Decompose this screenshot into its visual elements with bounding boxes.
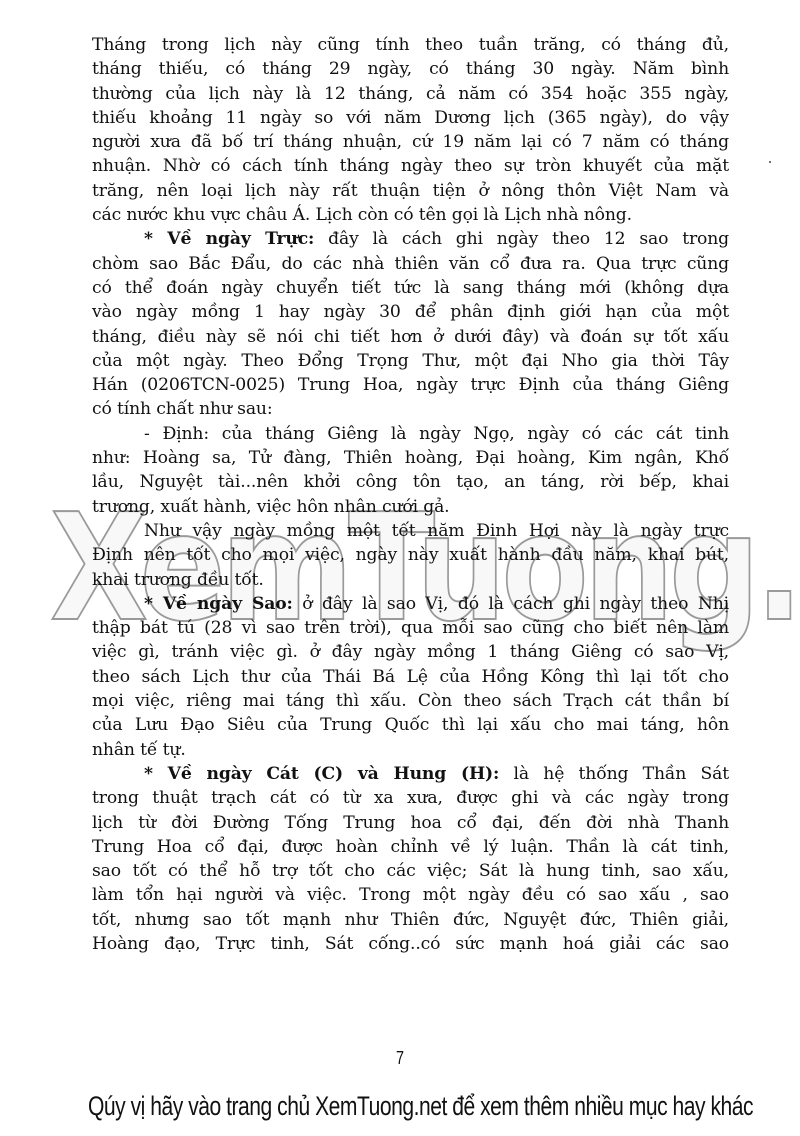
document-body: Tháng trong lịch này cũng tính theo tuần… <box>92 33 729 956</box>
text-fragment: là hệ thống Thần Sát <box>499 764 729 784</box>
text-line: - Định: của tháng Giêng là ngày Ngọ, ngà… <box>92 422 729 446</box>
text-line: có thể đoán ngày chuyển tiết tức là sang… <box>92 276 729 300</box>
paragraph-dinh: - Định: của tháng Giêng là ngày Ngọ, ngà… <box>92 422 729 519</box>
text-line: thường của lịch này là 12 tháng, cả năm … <box>92 82 729 106</box>
text-line: lịch từ đời Đường Tống Trung hoa cổ đại,… <box>92 811 729 835</box>
text-line: Trung Hoa cổ đại, được hoàn chỉnh về lý … <box>92 835 729 859</box>
paragraph-lunar-calendar: Tháng trong lịch này cũng tính theo tuần… <box>92 33 729 227</box>
text-line: các nước khu vực châu Á. Lịch còn có tên… <box>92 203 729 227</box>
section-heading: * Về ngày Trực: <box>144 229 314 249</box>
text-line: mọi việc, riêng mai táng thì xấu. Còn th… <box>92 689 729 713</box>
text-line: lầu, Nguyệt tài...nên khởi công tôn tạo,… <box>92 470 729 494</box>
text-line: trương, xuất hành, việc hôn nhân cưới gả… <box>92 495 729 519</box>
text-line: theo sách Lịch thư của Thái Bá Lệ của Hồ… <box>92 665 729 689</box>
text-line: Hán (0206TCN-0025) Trung Hoa, ngày trực … <box>92 373 729 397</box>
text-line: của Lưu Đạo Siêu của Trung Quốc thì lại … <box>92 713 729 737</box>
text-line: trăng, nên loại lịch này rất thuận tiện … <box>92 179 729 203</box>
section-ngay-truc: * Về ngày Trực: đây là cách ghi ngày the… <box>92 227 729 421</box>
section-ngay-cat-hung: * Về ngày Cát (C) và Hung (H): là hệ thố… <box>92 762 729 956</box>
text-line: Định nên tốt cho mọi việc, ngày này xuất… <box>92 543 729 567</box>
footer-promo: Qúy vị hãy vào trang chủ XemTuong.net để… <box>88 1091 712 1122</box>
text-fragment: ở đây là sao Vị, đó là cách ghi ngày the… <box>293 594 729 614</box>
text-line: * Về ngày Sao: ở đây là sao Vị, đó là cá… <box>92 592 729 616</box>
text-line: của một ngày. Theo Đổng Trọng Thư, một đ… <box>92 349 729 373</box>
text-line: làm tổn hại người và việc. Trong một ngà… <box>92 883 729 907</box>
text-line: tháng thiếu, có tháng 29 ngày, có tháng … <box>92 57 729 81</box>
text-line: thiếu khoảng 11 ngày so với năm Dương lị… <box>92 106 729 130</box>
text-line: * Về ngày Cát (C) và Hung (H): là hệ thố… <box>92 762 729 786</box>
text-line: như: Hoàng sa, Tử đàng, Thiên hoàng, Đại… <box>92 446 729 470</box>
text-line: sao tốt có thể hỗ trợ tốt cho các việc; … <box>92 859 729 883</box>
section-heading: * Về ngày Sao: <box>144 594 293 614</box>
paragraph-nhu-vay: Như vậy ngày mồng một tết năm Đinh Hợi n… <box>92 519 729 592</box>
text-line: chòm sao Bắc Đẩu, do các nhà thiên văn c… <box>92 252 729 276</box>
text-line: khai trương đều tốt. <box>92 568 729 592</box>
text-line: việc gì, tránh việc gì. ở đây ngày mồng … <box>92 640 729 664</box>
section-ngay-sao: * Về ngày Sao: ở đây là sao Vị, đó là cá… <box>92 592 729 762</box>
text-line: vào ngày mồng 1 hay ngày 30 để phân định… <box>92 300 729 324</box>
text-line: nhân tế tự. <box>92 738 729 762</box>
text-line: trong thuật trạch cát có từ xa xưa, được… <box>92 786 729 810</box>
text-line: có tính chất như sau: <box>92 397 729 421</box>
text-line: nhuận. Nhờ có cách tính tháng ngày theo … <box>92 154 729 178</box>
text-line: tháng, điều này sẽ nói chi tiết hơn ở dư… <box>92 325 729 349</box>
text-line: * Về ngày Trực: đây là cách ghi ngày the… <box>92 227 729 251</box>
scan-speck <box>769 161 771 163</box>
text-fragment: đây là cách ghi ngày theo 12 sao trong <box>314 229 729 249</box>
text-line: Hoàng đạo, Trực tinh, Sát cống..có sức m… <box>92 932 729 956</box>
text-line: Như vậy ngày mồng một tết năm Đinh Hợi n… <box>92 519 729 543</box>
text-line: thập bát tú (28 vì sao trên trời), qua m… <box>92 616 729 640</box>
text-line: người xưa đã bố trí tháng nhuận, cứ 19 n… <box>92 130 729 154</box>
text-line: Tháng trong lịch này cũng tính theo tuần… <box>92 33 729 57</box>
page-number: 7 <box>80 1048 720 1069</box>
section-heading: * Về ngày Cát (C) và Hung (H): <box>144 764 499 784</box>
text-line: tốt, nhưng sao tốt mạnh như Thiên đức, N… <box>92 908 729 932</box>
